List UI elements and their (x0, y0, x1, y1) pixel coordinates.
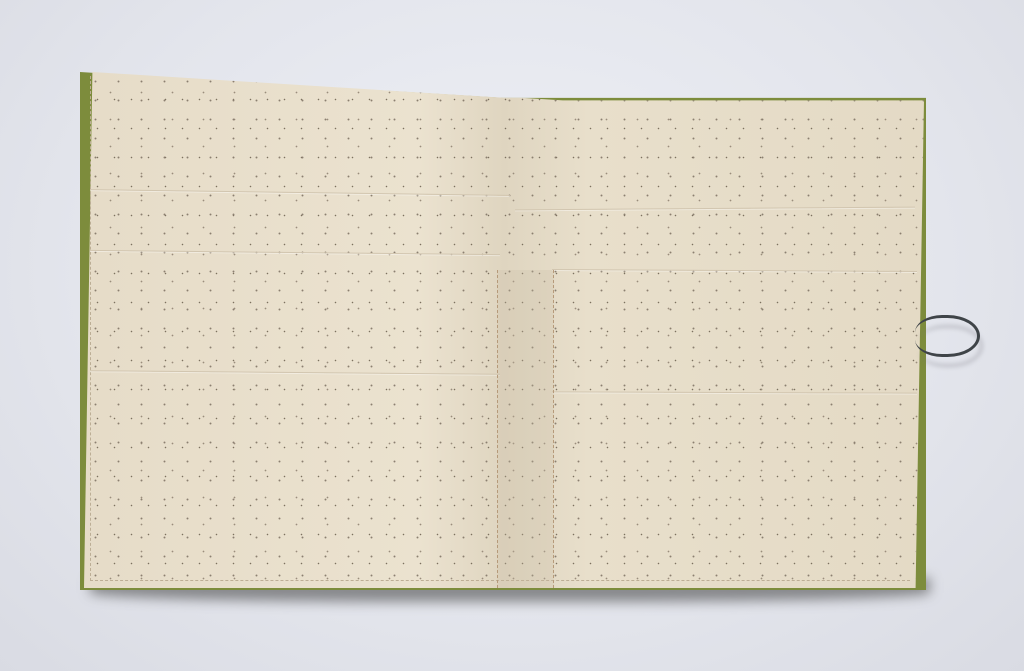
center-pen-pocket (497, 270, 554, 588)
elastic-closure-loop (915, 315, 980, 357)
left-edge-stitching (90, 76, 91, 581)
